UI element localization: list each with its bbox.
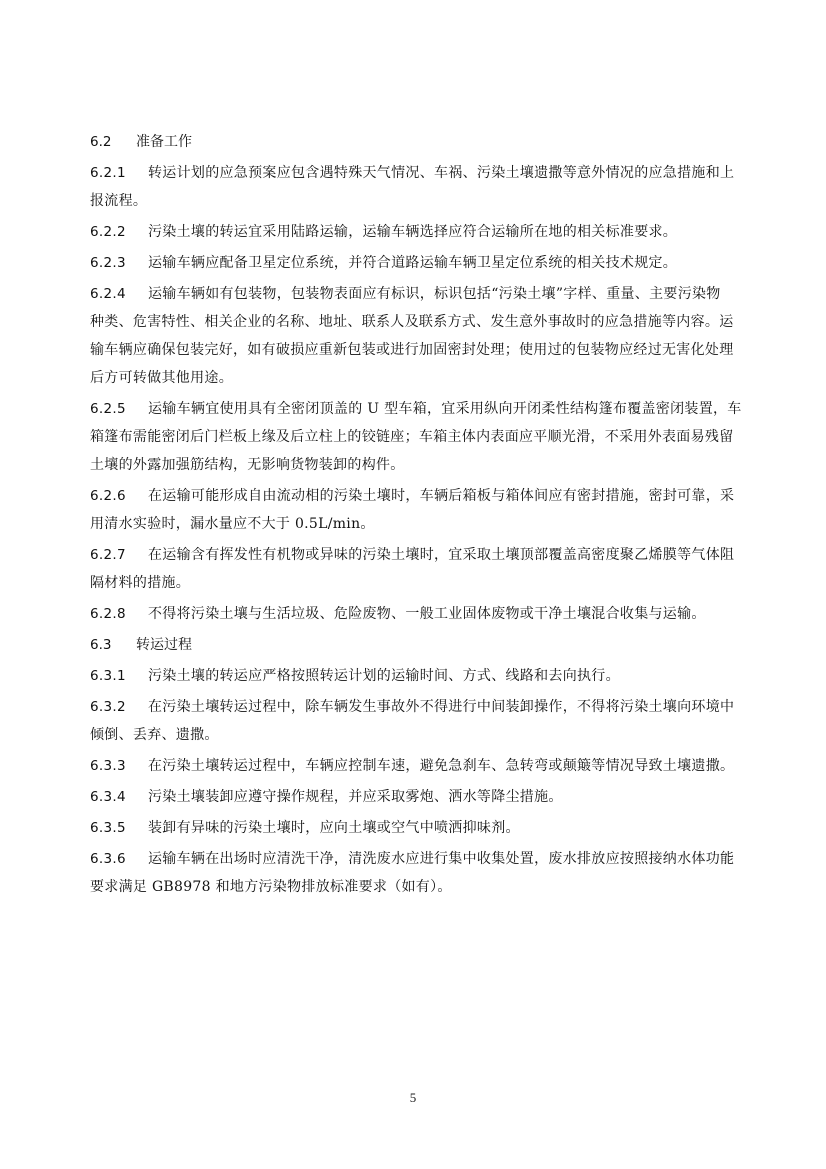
clause-text: 倾倒、丢弃、遗撒。 <box>90 727 219 743</box>
clause-number: 6.3.2 <box>90 693 148 721</box>
clause-line: 要求满足 GB8978 和地方污染物排放标准要求（如有）。 <box>90 873 752 901</box>
section-heading: 6.2准备工作 <box>90 128 752 156</box>
clause-paragraph: 6.3.1污染土壤的转运应严格按照转运计划的运输时间、方式、线路和去向执行。 <box>90 662 752 690</box>
clause-line: 6.2.1转运计划的应急预案应包含遇特殊天气情况、车祸、污染土壤遗撒等意外情况的… <box>90 159 752 187</box>
clause-line: 箱篷布需能密闭后门栏板上缘及后立柱上的铰链座；车箱主体内表面应平顺光滑，不采用外… <box>90 423 752 451</box>
clause-text: 运输车辆应配备卫星定位系统，并符合道路运输车辆卫星定位系统的相关技术规定。 <box>148 255 677 271</box>
clause-line: 6.3.3在污染土壤转运过程中，车辆应控制车速，避免急刹车、急转弯或颠簸等情况导… <box>90 752 752 780</box>
clause-line: 隔材料的措施。 <box>90 569 752 597</box>
clause-paragraph: 6.2.5运输车辆宜使用具有全密闭顶盖的 U 型车箱，宜采用纵向开闭柔性结构篷布… <box>90 395 752 479</box>
clause-number: 6.2.7 <box>90 541 148 569</box>
clause-text: 在污染土壤转运过程中，除车辆发生事故外不得进行中间装卸操作，不得将污染土壤向环境… <box>148 699 734 715</box>
clause-text: 在运输可能形成自由流动相的污染土壤时，车辆后箱板与箱体间应有密封措施，密封可靠，… <box>148 488 734 504</box>
page-number: 5 <box>0 1090 826 1106</box>
clause-number: 6.3.1 <box>90 662 148 690</box>
clause-text: 污染土壤的转运宜采用陆路运输，运输车辆选择应符合运输所在地的相关标准要求。 <box>148 224 677 240</box>
clause-text: 污染土壤的转运应严格按照转运计划的运输时间、方式、线路和去向执行。 <box>148 668 620 684</box>
clause-number: 6.2.3 <box>90 249 148 277</box>
clause-line: 6.3.2在污染土壤转运过程中，除车辆发生事故外不得进行中间装卸操作，不得将污染… <box>90 693 752 721</box>
clause-line: 6.3.4污染土壤装卸应遵守操作规程，并应采取雾炮、洒水等降尘措施。 <box>90 783 752 811</box>
clause-paragraph: 6.2.2污染土壤的转运宜采用陆路运输，运输车辆选择应符合运输所在地的相关标准要… <box>90 218 752 246</box>
clause-paragraph: 6.2.3运输车辆应配备卫星定位系统，并符合道路运输车辆卫星定位系统的相关技术规… <box>90 249 752 277</box>
clause-paragraph: 6.2.4运输车辆如有包装物，包装物表面应有标识，标识包括“污染土壤”字样、重量… <box>90 280 752 392</box>
clause-line: 6.2.7在运输含有挥发性有机物或异味的污染土壤时，宜采取土壤顶部覆盖高密度聚乙… <box>90 541 752 569</box>
clause-line: 6.2.4运输车辆如有包装物，包装物表面应有标识，标识包括“污染土壤”字样、重量… <box>90 280 752 308</box>
clause-paragraph: 6.3.6运输车辆在出场时应清洗干净，清洗废水应进行集中收集处置，废水排放应按照… <box>90 845 752 901</box>
clause-line: 6.2.6在运输可能形成自由流动相的污染土壤时，车辆后箱板与箱体间应有密封措施，… <box>90 482 752 510</box>
clause-text: 转运计划的应急预案应包含遇特殊天气情况、车祸、污染土壤遗撒等意外情况的应急措施和… <box>148 165 734 181</box>
clause-line: 6.2.8不得将污染土壤与生活垃圾、危险废物、一般工业固体废物或干净土壤混合收集… <box>90 600 752 628</box>
clause-line: 后方可转做其他用途。 <box>90 364 752 392</box>
clause-number: 6.2.8 <box>90 600 148 628</box>
clause-paragraph: 6.3.5装卸有异味的污染土壤时，应向土壤或空气中喷洒抑味剂。 <box>90 814 752 842</box>
section-title: 准备工作 <box>136 134 192 150</box>
section-title: 转运过程 <box>136 637 192 653</box>
clause-text: 不得将污染土壤与生活垃圾、危险废物、一般工业固体废物或干净土壤混合收集与运输。 <box>148 606 706 622</box>
clause-number: 6.3.6 <box>90 845 148 873</box>
clause-text: 后方可转做其他用途。 <box>90 370 233 386</box>
clause-text: 运输车辆宜使用具有全密闭顶盖的 U 型车箱，宜采用纵向开闭柔性结构篷布覆盖密闭装… <box>148 401 742 417</box>
document-body: 6.2准备工作6.2.1转运计划的应急预案应包含遇特殊天气情况、车祸、污染土壤遗… <box>90 128 752 904</box>
clause-number: 6.2.4 <box>90 280 148 308</box>
clause-text: 运输车辆在出场时应清洗干净，清洗废水应进行集中收集处置，废水排放应按照接纳水体功… <box>148 851 734 867</box>
clause-text: 输车辆应确保包装完好，如有破损应重新包装或进行加固密封处理；使用过的包装物应经过… <box>90 342 734 358</box>
section-number: 6.2 <box>90 128 136 156</box>
clause-line: 用清水实验时，漏水量应不大于 0.5L/min。 <box>90 510 752 538</box>
section-heading: 6.3转运过程 <box>90 631 752 659</box>
clause-paragraph: 6.2.8不得将污染土壤与生活垃圾、危险废物、一般工业固体废物或干净土壤混合收集… <box>90 600 752 628</box>
clause-line: 6.3.1污染土壤的转运应严格按照转运计划的运输时间、方式、线路和去向执行。 <box>90 662 752 690</box>
clause-paragraph: 6.2.7在运输含有挥发性有机物或异味的污染土壤时，宜采取土壤顶部覆盖高密度聚乙… <box>90 541 752 597</box>
clause-line: 6.2.2污染土壤的转运宜采用陆路运输，运输车辆选择应符合运输所在地的相关标准要… <box>90 218 752 246</box>
clause-paragraph: 6.2.1转运计划的应急预案应包含遇特殊天气情况、车祸、污染土壤遗撒等意外情况的… <box>90 159 752 215</box>
clause-text: 在运输含有挥发性有机物或异味的污染土壤时，宜采取土壤顶部覆盖高密度聚乙烯膜等气体… <box>148 547 734 563</box>
clause-text: 运输车辆如有包装物，包装物表面应有标识，标识包括“污染土壤”字样、重量、主要污染… <box>148 286 721 302</box>
clause-text: 土壤的外露加强筋结构，无影响货物装卸的构件。 <box>90 457 405 473</box>
clause-line: 输车辆应确保包装完好，如有破损应重新包装或进行加固密封处理；使用过的包装物应经过… <box>90 336 752 364</box>
clause-text: 用清水实验时，漏水量应不大于 0.5L/min。 <box>90 516 375 532</box>
clause-paragraph: 6.3.3在污染土壤转运过程中，车辆应控制车速，避免急刹车、急转弯或颠簸等情况导… <box>90 752 752 780</box>
clause-number: 6.2.2 <box>90 218 148 246</box>
clause-number: 6.2.6 <box>90 482 148 510</box>
clause-number: 6.3.5 <box>90 814 148 842</box>
clause-text: 在污染土壤转运过程中，车辆应控制车速，避免急刹车、急转弯或颠簸等情况导致土壤遗撒… <box>148 758 734 774</box>
clause-paragraph: 6.3.2在污染土壤转运过程中，除车辆发生事故外不得进行中间装卸操作，不得将污染… <box>90 693 752 749</box>
clause-number: 6.2.1 <box>90 159 148 187</box>
clause-paragraph: 6.3.4污染土壤装卸应遵守操作规程，并应采取雾炮、洒水等降尘措施。 <box>90 783 752 811</box>
clause-number: 6.2.5 <box>90 395 148 423</box>
document-page: 6.2准备工作6.2.1转运计划的应急预案应包含遇特殊天气情况、车祸、污染土壤遗… <box>0 0 826 1169</box>
clause-line: 6.3.6运输车辆在出场时应清洗干净，清洗废水应进行集中收集处置，废水排放应按照… <box>90 845 752 873</box>
clause-line: 6.3.5装卸有异味的污染土壤时，应向土壤或空气中喷洒抑味剂。 <box>90 814 752 842</box>
section-number: 6.3 <box>90 631 136 659</box>
clause-text: 污染土壤装卸应遵守操作规程，并应采取雾炮、洒水等降尘措施。 <box>148 789 563 805</box>
clause-line: 倾倒、丢弃、遗撒。 <box>90 721 752 749</box>
clause-number: 6.3.3 <box>90 752 148 780</box>
clause-text: 箱篷布需能密闭后门栏板上缘及后立柱上的铰链座；车箱主体内表面应平顺光滑，不采用外… <box>90 429 734 445</box>
clause-line: 种类、危害特性、相关企业的名称、地址、联系人及联系方式、发生意外事故时的应急措施… <box>90 308 752 336</box>
clause-line: 土壤的外露加强筋结构，无影响货物装卸的构件。 <box>90 451 752 479</box>
clause-number: 6.3.4 <box>90 783 148 811</box>
clause-text: 装卸有异味的污染土壤时，应向土壤或空气中喷洒抑味剂。 <box>148 820 520 836</box>
clause-line: 6.2.5运输车辆宜使用具有全密闭顶盖的 U 型车箱，宜采用纵向开闭柔性结构篷布… <box>90 395 752 423</box>
clause-paragraph: 6.2.6在运输可能形成自由流动相的污染土壤时，车辆后箱板与箱体间应有密封措施，… <box>90 482 752 538</box>
clause-text: 报流程。 <box>90 193 147 209</box>
clause-text: 要求满足 GB8978 和地方污染物排放标准要求（如有）。 <box>90 879 452 895</box>
clause-text: 种类、危害特性、相关企业的名称、地址、联系人及联系方式、发生意外事故时的应急措施… <box>90 314 734 330</box>
clause-line: 6.2.3运输车辆应配备卫星定位系统，并符合道路运输车辆卫星定位系统的相关技术规… <box>90 249 752 277</box>
clause-line: 报流程。 <box>90 187 752 215</box>
clause-text: 隔材料的措施。 <box>90 575 190 591</box>
